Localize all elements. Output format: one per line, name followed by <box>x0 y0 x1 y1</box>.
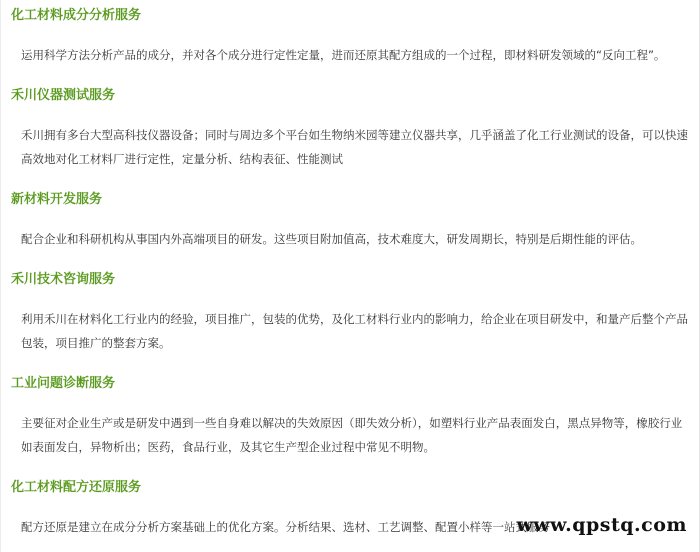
section-body-instrument-testing: 禾川拥有多台大型高科技仪器设备；同时与周边多个平台如生物纳米园等建立仪器共享，几… <box>21 123 686 171</box>
section-body-technical-consulting: 利用禾川在材料化工行业内的经验，项目推广，包装的优势，及化工材料行业内的影响力，… <box>21 307 686 355</box>
services-document: 化工材料成分分析服务 运用科学方法分析产品的成分，并对各个成分进行定性定量，进而… <box>0 0 700 552</box>
section-body-new-material-development: 配合企业和科研机构从事国内外高端项目的研发。这些项目附加值高，技术难度大，研发周… <box>21 227 686 251</box>
section-title-technical-consulting: 禾川技术咨询服务 <box>11 272 115 288</box>
section-title-composition-analysis: 化工材料成分分析服务 <box>11 8 141 24</box>
watermark-text: www.qpstq.com <box>516 514 687 536</box>
body-line: 高效地对化工材料厂进行定性，定量分析、结构表征、性能测试 <box>21 147 686 171</box>
body-line: 利用禾川在材料化工行业内的经验，项目推广，包装的优势，及化工材料行业内的影响力，… <box>21 307 686 331</box>
section-body-industrial-diagnosis: 主要征对企业生产或是研发中遇到一些自身难以解决的失效原因（即失效分析），如塑料行… <box>21 411 686 459</box>
body-line: 如表面发白，异物析出；医药，食品行业，及其它生产型企业过程中常见不明物。 <box>21 435 686 459</box>
body-line: 主要征对企业生产或是研发中遇到一些自身难以解决的失效原因（即失效分析），如塑料行… <box>21 411 686 435</box>
body-line: 禾川拥有多台大型高科技仪器设备；同时与周边多个平台如生物纳米园等建立仪器共享，几… <box>21 123 686 147</box>
section-title-new-material-development: 新材料开发服务 <box>11 192 102 208</box>
section-body-composition-analysis: 运用科学方法分析产品的成分，并对各个成分进行定性定量，进而还原其配方组成的一个过… <box>21 43 686 67</box>
section-title-industrial-diagnosis: 工业问题诊断服务 <box>11 376 115 392</box>
section-title-formula-restoration: 化工材料配方还原服务 <box>11 480 141 496</box>
body-line: 包装，项目推广的整套方案。 <box>21 331 686 355</box>
section-title-instrument-testing: 禾川仪器测试服务 <box>11 88 115 104</box>
body-line: 配合企业和科研机构从事国内外高端项目的研发。这些项目附加值高，技术难度大，研发周… <box>21 227 686 251</box>
body-line: 运用科学方法分析产品的成分，并对各个成分进行定性定量，进而还原其配方组成的一个过… <box>21 43 686 67</box>
